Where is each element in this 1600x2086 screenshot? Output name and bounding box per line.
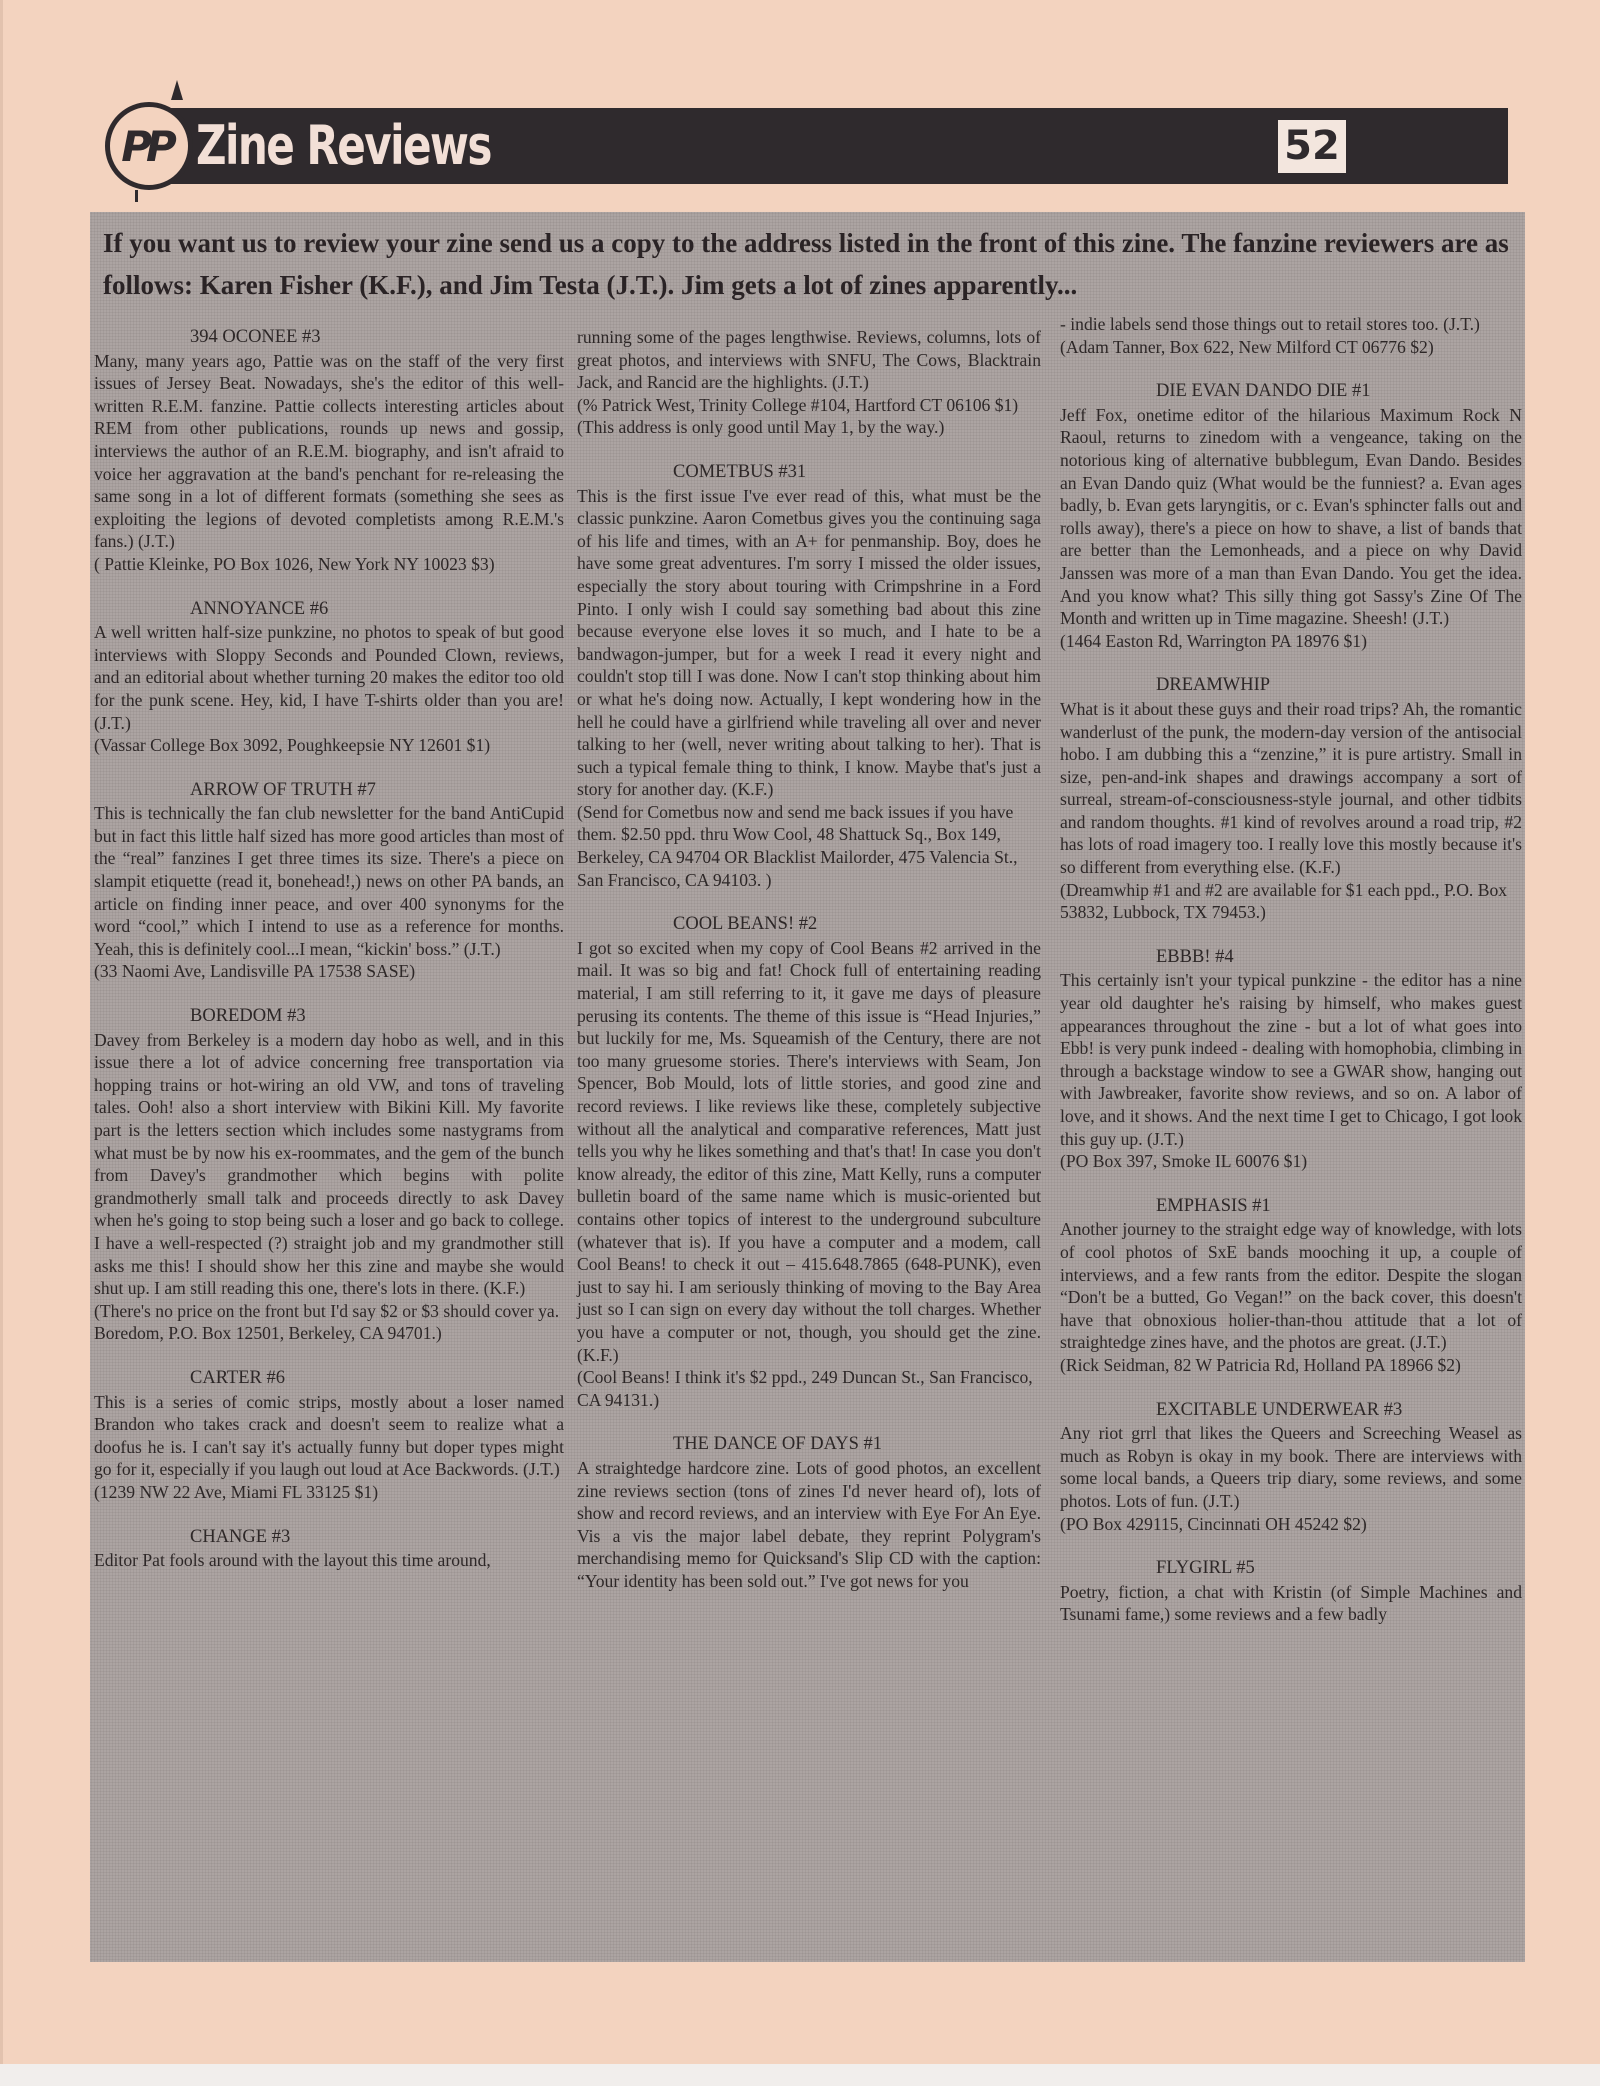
review-change-continued: running some of the pages lengthwise. Re… (577, 326, 1041, 439)
review-address: (There's no price on the front but I'd s… (94, 1300, 564, 1345)
page-edge (0, 0, 3, 2064)
review-excitable-underwear: EXCITABLE UNDERWEAR #3 Any riot grrl tha… (1060, 1399, 1522, 1536)
review-title: BOREDOM #3 (94, 1005, 564, 1028)
review-title: DREAMWHIP (1060, 674, 1522, 697)
review-address: (1239 NW 22 Ave, Miami FL 33125 $1) (94, 1481, 564, 1504)
review-address: (Adam Tanner, Box 622, New Milford CT 06… (1060, 336, 1522, 359)
review-title: EBBB! #4 (1060, 946, 1522, 969)
review-title: CARTER #6 (94, 1367, 564, 1390)
column-1: 394 OCONEE #3 Many, many years ago, Patt… (94, 326, 564, 1594)
review-dance-of-days-continued: - indie labels send those things out to … (1060, 313, 1522, 358)
review-cool-beans: COOL BEANS! #2 I got so excited when my … (577, 913, 1041, 1411)
scan-bottom-margin (0, 2064, 1600, 2086)
review-address: ( Pattie Kleinke, PO Box 1026, New York … (94, 553, 564, 576)
review-body: Poetry, fiction, a chat with Kristin (of… (1060, 1581, 1522, 1626)
logo-arrow-icon (171, 80, 183, 100)
logo-pp-icon: PP (121, 122, 171, 171)
review-body: I got so excited when my copy of Cool Be… (577, 937, 1041, 1366)
review-title: ANNOYANCE #6 (94, 598, 564, 621)
review-change: CHANGE #3 Editor Pat fools around with t… (94, 1526, 564, 1572)
review-dance-of-days: THE DANCE OF DAYS #1 A straightedge hard… (577, 1433, 1041, 1592)
review-body: A straightedge hardcore zine. Lots of go… (577, 1457, 1041, 1593)
review-394-oconee: 394 OCONEE #3 Many, many years ago, Patt… (94, 326, 564, 576)
review-title: ARROW OF TRUTH #7 (94, 779, 564, 802)
review-address: (% Patrick West, Trinity College #104, H… (577, 394, 1041, 439)
review-body: Jeff Fox, onetime editor of the hilariou… (1060, 404, 1522, 630)
page-number: 52 (1278, 120, 1346, 173)
review-body: running some of the pages lengthwise. Re… (577, 326, 1041, 394)
review-boredom: BOREDOM #3 Davey from Berkeley is a mode… (94, 1005, 564, 1345)
review-body: Many, many years ago, Pattie was on the … (94, 350, 564, 553)
review-body: Editor Pat fools around with the layout … (94, 1549, 564, 1572)
review-address: (PO Box 429115, Cincinnati OH 45242 $2) (1060, 1513, 1522, 1536)
review-address: (Cool Beans! I think it's $2 ppd., 249 D… (577, 1366, 1041, 1411)
review-flygirl: FLYGIRL #5 Poetry, fiction, a chat with … (1060, 1557, 1522, 1626)
review-body: - indie labels send those things out to … (1060, 313, 1522, 336)
review-address: (PO Box 397, Smoke IL 60076 $1) (1060, 1150, 1522, 1173)
review-title: COOL BEANS! #2 (577, 913, 1041, 936)
review-body: This certainly isn't your typical punkzi… (1060, 969, 1522, 1150)
review-title: EMPHASIS #1 (1060, 1195, 1522, 1218)
review-body: A well written half-size punkzine, no ph… (94, 621, 564, 734)
review-title: COMETBUS #31 (577, 461, 1041, 484)
review-emphasis: EMPHASIS #1 Another journey to the strai… (1060, 1195, 1522, 1377)
review-cometbus: COMETBUS #31 This is the first issue I'v… (577, 461, 1041, 891)
review-address: (1464 Easton Rd, Warrington PA 18976 $1) (1060, 630, 1522, 653)
review-address: (33 Naomi Ave, Landisville PA 17538 SASE… (94, 960, 564, 983)
publication-logo: PP (105, 102, 193, 190)
review-title: FLYGIRL #5 (1060, 1557, 1522, 1580)
review-body: This is the first issue I've ever read o… (577, 485, 1041, 801)
review-title: DIE EVAN DANDO DIE #1 (1060, 380, 1522, 403)
column-3: - indie labels send those things out to … (1060, 313, 1522, 1648)
review-address: (Rick Seidman, 82 W Patricia Rd, Holland… (1060, 1354, 1522, 1377)
review-address: (Vassar College Box 3092, Poughkeepsie N… (94, 734, 564, 757)
review-body: Another journey to the straight edge way… (1060, 1218, 1522, 1354)
review-body: This is a series of comic strips, mostly… (94, 1391, 564, 1481)
logo-tail-mark (135, 190, 138, 202)
section-title: Zine Reviews (196, 108, 491, 184)
review-address: (Send for Cometbus now and send me back … (577, 801, 1041, 891)
review-ebbb: EBBB! #4 This certainly isn't your typic… (1060, 946, 1522, 1173)
review-title: THE DANCE OF DAYS #1 (577, 1433, 1041, 1456)
intro-paragraph: If you want us to review your zine send … (103, 222, 1518, 306)
review-body: What is it about these guys and their ro… (1060, 698, 1522, 879)
review-carter: CARTER #6 This is a series of comic stri… (94, 1367, 564, 1504)
review-title: CHANGE #3 (94, 1526, 564, 1549)
review-body: Any riot grrl that likes the Queers and … (1060, 1422, 1522, 1512)
column-2: running some of the pages lengthwise. Re… (577, 326, 1041, 1614)
review-arrow-of-truth: ARROW OF TRUTH #7 This is technically th… (94, 779, 564, 983)
review-title: 394 OCONEE #3 (94, 326, 564, 349)
review-title: EXCITABLE UNDERWEAR #3 (1060, 1399, 1522, 1422)
review-annoyance: ANNOYANCE #6 A well written half-size pu… (94, 598, 564, 757)
review-die-evan-dando-die: DIE EVAN DANDO DIE #1 Jeff Fox, onetime … (1060, 380, 1522, 652)
review-body: Davey from Berkeley is a modern day hobo… (94, 1029, 564, 1300)
review-dreamwhip: DREAMWHIP What is it about these guys an… (1060, 674, 1522, 924)
review-address: (Dreamwhip #1 and #2 are available for $… (1060, 879, 1522, 924)
review-body: This is technically the fan club newslet… (94, 802, 564, 960)
